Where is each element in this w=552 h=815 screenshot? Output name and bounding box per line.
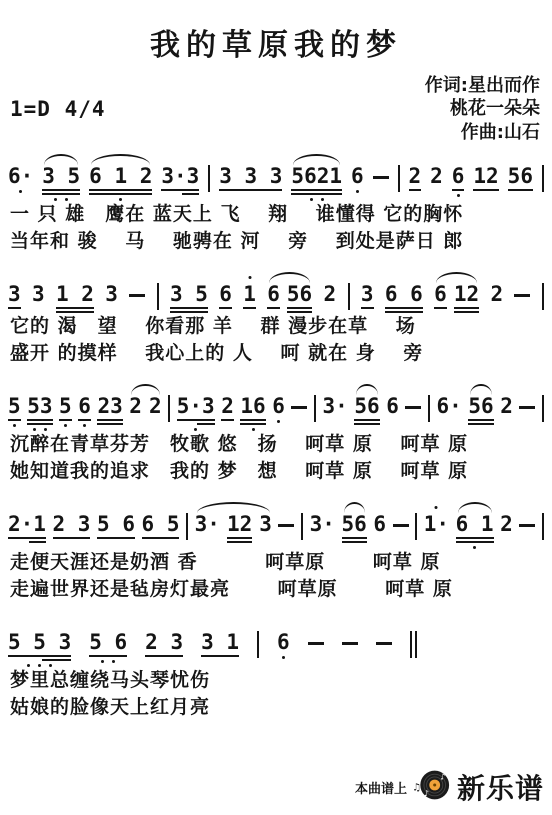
note-cell: 6 xyxy=(351,165,364,193)
note-digits: 6 xyxy=(272,395,285,417)
note-group: 3 5 xyxy=(42,165,80,201)
note-digits: 6· xyxy=(437,395,462,417)
octave-dot-low xyxy=(33,428,36,431)
note-cell: 5 6 xyxy=(97,513,135,539)
note-cell: 6 xyxy=(386,395,399,417)
underline xyxy=(361,307,374,309)
note-digits: 3 xyxy=(8,283,21,305)
underline xyxy=(177,419,215,421)
note-group: 6 xyxy=(351,165,364,193)
note-group: 5621 xyxy=(291,165,342,201)
note-digits: 6 1 xyxy=(456,513,494,535)
octave-dots-low xyxy=(101,660,115,663)
duration-dash xyxy=(342,642,358,645)
octave-dot-low xyxy=(277,420,280,423)
duration-dash xyxy=(514,294,530,297)
octave-dots-low xyxy=(277,420,280,423)
note-cell: 6 1 xyxy=(456,513,494,549)
note-group: 2 xyxy=(409,165,422,191)
underline xyxy=(473,189,498,191)
note-group: 16 xyxy=(240,395,265,431)
note-digits: 5 5 3 xyxy=(8,631,71,653)
octave-dots-low xyxy=(194,428,197,431)
note-digits: 6 xyxy=(373,513,386,535)
note-cell: 2 xyxy=(149,395,162,417)
barline xyxy=(542,165,544,192)
note-cell: 3 1 xyxy=(201,631,239,657)
credit-composer: 作曲:山石 xyxy=(425,121,540,144)
note-group: 1 xyxy=(243,283,256,309)
note-cell: 2 xyxy=(409,165,422,191)
octave-dot-low xyxy=(65,198,68,201)
barline xyxy=(186,513,188,540)
note-cell: 5 xyxy=(8,395,21,427)
barline xyxy=(415,513,417,540)
note-cell: 6 xyxy=(373,513,386,535)
note-cell: 56 xyxy=(342,513,367,543)
note-digits: 5 xyxy=(8,395,21,417)
note-cell: 2 3 xyxy=(145,631,183,657)
octave-dot-low xyxy=(83,424,86,427)
notes-row: 6·3 56 1 23·33 3 3562162261256 xyxy=(8,152,544,201)
note-group: 6 xyxy=(277,631,290,659)
note-cell: 56 xyxy=(354,395,379,425)
svg-text:♪: ♪ xyxy=(440,772,445,782)
note-group: 3 xyxy=(105,283,118,305)
note-digits: 56 xyxy=(342,513,367,535)
barline xyxy=(542,283,544,310)
underline xyxy=(56,311,94,313)
underline xyxy=(89,655,127,657)
underline xyxy=(468,423,493,425)
octave-dot-low xyxy=(457,194,460,197)
note-group xyxy=(542,513,544,540)
note-cell: 6 xyxy=(452,165,465,197)
note-cell: 2 xyxy=(500,513,513,535)
note-group: 2 3 xyxy=(53,513,91,539)
note-group xyxy=(308,631,324,645)
notes-row: 5 5 35 62 33 16 xyxy=(8,618,544,667)
note-digits: 2 xyxy=(430,165,443,187)
duration-dash xyxy=(519,524,535,527)
note-group: 2 xyxy=(500,395,513,417)
underline xyxy=(42,189,80,191)
note-digits: 3 xyxy=(105,283,118,305)
note-group xyxy=(514,283,530,297)
note-group: 3 5 xyxy=(170,283,208,313)
credit-lyricist: 作词:星出而作 xyxy=(425,74,540,97)
note-group: 6· xyxy=(437,395,462,417)
note-group: 2 xyxy=(430,165,443,187)
underline xyxy=(145,655,183,657)
note-group: 3 3 3 xyxy=(219,165,282,191)
note-group: 3·123 xyxy=(195,513,272,543)
note-group: 2·1 xyxy=(8,513,46,543)
note-cell: 6 xyxy=(434,283,447,309)
note-digits: 5 xyxy=(59,395,72,417)
note-digits: 6 xyxy=(351,165,364,187)
note-group: 3 xyxy=(361,283,374,309)
duration-dash xyxy=(393,524,409,527)
music-system: 331 233 561656236 66122它的 渴 望 你看那 羊 群 漫步… xyxy=(8,270,544,367)
note-digits: 56 xyxy=(468,395,493,417)
octave-dot-low xyxy=(119,198,122,201)
note-digits: 6 1 2 xyxy=(89,165,152,187)
note-group xyxy=(186,513,188,540)
note-group: 5·3 xyxy=(177,395,215,431)
note-digits: 1 2 xyxy=(56,283,94,305)
notes-row: 331 233 561656236 66122 xyxy=(8,270,544,313)
note-digits: 56 xyxy=(508,165,533,187)
barline xyxy=(398,165,400,192)
note-group xyxy=(542,283,544,310)
note-digits: 3 1 xyxy=(201,631,239,653)
note-group xyxy=(393,513,409,527)
note-digits: 3· xyxy=(310,513,335,535)
underline xyxy=(354,419,379,421)
lyrics-line: 一 只 雄 鹰在 蓝天上 飞 翔 谁懂得 它的胸怀 xyxy=(10,201,544,228)
note-group xyxy=(415,513,417,540)
octave-dots-low xyxy=(457,194,460,197)
note-cell: 3 xyxy=(8,283,21,309)
barline xyxy=(542,513,544,540)
note-cell: 3 5 xyxy=(170,283,208,313)
underline xyxy=(456,537,494,539)
underline xyxy=(456,541,494,543)
underline xyxy=(454,311,479,313)
svg-text:♪: ♪ xyxy=(424,788,429,798)
note-cell: 5 xyxy=(59,395,72,427)
note-cell: 5621 xyxy=(291,165,342,201)
barline xyxy=(157,283,159,310)
note-group: 3· xyxy=(310,513,335,535)
underline xyxy=(452,189,465,191)
underline xyxy=(170,307,208,309)
underline xyxy=(219,189,282,191)
octave-dots-low xyxy=(13,424,16,427)
note-group: 5 5 3 xyxy=(8,631,71,667)
octave-dot-low xyxy=(252,428,255,431)
note-cell: 6 1 2 xyxy=(89,165,152,201)
octave-dot-high xyxy=(435,506,438,509)
note-digits: 1· xyxy=(424,513,449,535)
note-cell: 3 xyxy=(105,283,118,305)
note-digits: 6 6 xyxy=(385,283,423,305)
note-cell: 3 xyxy=(32,283,45,305)
note-group: 2 3 xyxy=(145,631,183,657)
note-group xyxy=(314,395,316,422)
underline xyxy=(182,193,199,195)
note-group xyxy=(168,395,170,422)
note-digits: 3· xyxy=(195,513,220,535)
note-group: 6 xyxy=(373,513,386,535)
octave-dot-high xyxy=(248,276,251,279)
underline xyxy=(8,307,21,309)
underline xyxy=(29,541,46,543)
duration-dash xyxy=(519,406,535,409)
octave-dot-low xyxy=(27,664,30,667)
underline xyxy=(508,189,533,191)
lyrics-line: 当年和 骏 马 驰骋在 河 旁 到处是萨日 郎 xyxy=(10,228,544,255)
underline xyxy=(454,307,479,309)
barline xyxy=(257,631,259,658)
note-digits: 16 xyxy=(240,395,265,417)
octave-dot-low xyxy=(38,664,41,667)
page-title: 我的草原我的梦 xyxy=(0,0,552,64)
note-digits: 6 xyxy=(78,395,91,417)
underline xyxy=(56,307,94,309)
note-digits: 3 xyxy=(361,283,374,305)
note-cell: 6· xyxy=(437,395,462,417)
note-digits: 53 xyxy=(27,395,52,417)
note-digits: 3 3 3 xyxy=(219,165,282,187)
note-group: 5 xyxy=(8,395,21,427)
note-group: 6 5 xyxy=(142,513,180,539)
lyrics-line: 沉醉在青草芬芳 牧歌 悠 扬 呵草 原 呵草 原 xyxy=(10,431,544,458)
note-group: 53 xyxy=(27,395,52,431)
note-cell: 12 xyxy=(473,165,498,191)
octave-dot-low xyxy=(282,656,285,659)
note-cell: 3 5 xyxy=(42,165,80,201)
footer: 本曲谱上 ♫ ♪ ♪ 新乐谱 xyxy=(355,767,544,807)
note-cell: 2·1 xyxy=(8,513,46,543)
note-cell: 3· xyxy=(195,513,220,535)
note-digits: 2 xyxy=(500,395,513,417)
note-cell: 12 xyxy=(454,283,479,313)
note-group xyxy=(398,165,400,192)
lyrics-line: 它的 渴 望 你看那 羊 群 漫步在草 场 xyxy=(10,313,544,340)
octave-dot-low xyxy=(101,660,104,663)
note-digits: 2 xyxy=(500,513,513,535)
note-digits: 6 xyxy=(434,283,447,305)
note-group: 6 1 xyxy=(456,513,494,549)
note-group: 56 xyxy=(508,165,533,191)
music-system: 5535623225·321663·5666·562沉醉在青草芬芳 牧歌 悠 扬… xyxy=(8,382,544,485)
note-cell: 5 6 xyxy=(89,631,127,663)
note-group xyxy=(542,395,544,422)
note-cell: 3 xyxy=(361,283,374,309)
underline xyxy=(8,419,21,421)
underline xyxy=(240,423,265,425)
note-digits: 56 xyxy=(354,395,379,417)
octave-dots-low xyxy=(252,428,255,431)
note-cell: 16 xyxy=(240,395,265,431)
underline xyxy=(59,419,72,421)
underline xyxy=(409,189,422,191)
octave-dot-low xyxy=(356,190,359,193)
note-group: 2 xyxy=(221,395,234,421)
note-group: 5 6 xyxy=(97,513,135,539)
underline xyxy=(97,423,122,425)
note-digits: 2 xyxy=(149,395,162,417)
note-cell: 3·3 xyxy=(161,165,199,195)
barline xyxy=(208,165,210,192)
note-cell: 6 6 xyxy=(385,283,423,313)
note-group: 5 6 xyxy=(89,631,127,663)
octave-dot-low xyxy=(54,198,57,201)
octave-dot-low xyxy=(64,424,67,427)
octave-dot-low xyxy=(112,660,115,663)
underline xyxy=(434,307,447,309)
note-group: 56 xyxy=(468,395,493,425)
brand-name: 新乐谱 xyxy=(457,767,544,807)
note-digits: 6 xyxy=(277,631,290,653)
note-digits: 5 6 xyxy=(97,513,135,535)
music-system: 2·12 35 66 53·1233·5661·6 12走便天涯还是奶酒 香 呵… xyxy=(8,500,544,603)
note-group xyxy=(257,631,259,658)
octave-dots-low xyxy=(33,428,47,431)
underline xyxy=(89,193,152,195)
note-cell: 6 xyxy=(277,631,290,659)
note-cell: 3 xyxy=(259,513,272,535)
notes-row: 5535623225·321663·5666·562 xyxy=(8,382,544,431)
octave-dot-low xyxy=(473,546,476,549)
note-digits: 12 xyxy=(473,165,498,187)
note-group: 612 xyxy=(434,283,479,313)
note-digits: 5621 xyxy=(291,165,342,187)
underline xyxy=(42,659,71,661)
note-cell: 2 3 xyxy=(53,513,91,539)
note-group: 6 xyxy=(78,395,91,427)
end-barline xyxy=(410,631,417,658)
duration-dash xyxy=(291,406,307,409)
underline xyxy=(342,541,367,543)
note-group xyxy=(291,395,307,409)
underline xyxy=(97,537,135,539)
note-group xyxy=(157,283,159,310)
octave-dot-low xyxy=(194,428,197,431)
note-group xyxy=(129,283,145,297)
lyrics-line: 梦里总缠绕马头琴忧伤 xyxy=(10,667,544,694)
note-cell: 53 xyxy=(27,395,52,431)
underline xyxy=(291,189,342,191)
note-cell: 6 xyxy=(78,395,91,427)
note-group: 23 xyxy=(97,395,122,425)
note-cell: 5·3 xyxy=(177,395,215,431)
barline xyxy=(168,395,170,422)
sheet-music-page: { "title": "我的草原我的梦", "key_signature": "… xyxy=(0,0,552,815)
note-group: 3· xyxy=(323,395,348,417)
note-group xyxy=(376,631,392,645)
note-group xyxy=(519,395,535,409)
octave-dots-low xyxy=(473,546,476,549)
note-group: 2 xyxy=(490,283,503,305)
underline xyxy=(89,189,152,191)
underline xyxy=(97,419,122,421)
note-group xyxy=(208,165,210,192)
note-digits: 3 5 xyxy=(42,165,80,187)
underline xyxy=(468,419,493,421)
note-cell: 56 xyxy=(468,395,493,425)
score: 6·3 56 1 23·33 3 3562162261256一 只 雄 鹰在 蓝… xyxy=(0,144,552,721)
note-digits: 1 xyxy=(243,283,256,305)
note-digits: 3 xyxy=(32,283,45,305)
note-digits: 2 xyxy=(409,165,422,187)
underline xyxy=(342,537,367,539)
note-group: 3 xyxy=(32,283,45,305)
credit-lyricist-2: 桃花一朵朵 xyxy=(425,97,540,120)
lyrics-line: 走遍世界还是毡房灯最亮 呵草原 呵草 原 xyxy=(10,576,544,603)
note-group: 5 xyxy=(59,395,72,427)
note-cell: 3· xyxy=(310,513,335,535)
underline xyxy=(42,193,80,195)
note-group: 6 xyxy=(452,165,465,197)
underline xyxy=(142,537,180,539)
note-digits: 6 xyxy=(219,283,232,305)
note-cell: 2 xyxy=(221,395,234,421)
note-group: 3 xyxy=(8,283,21,309)
note-cell: 1 xyxy=(243,283,256,309)
note-digits: 56 xyxy=(287,283,312,305)
note-group: 56 xyxy=(354,395,379,425)
note-cell: 6 xyxy=(219,283,232,309)
underline xyxy=(8,537,46,539)
lyrics-line: 走便天涯还是奶酒 香 呵草原 呵草 原 xyxy=(10,549,544,576)
octave-dots-low xyxy=(19,190,22,193)
note-cell: 2 xyxy=(324,283,337,305)
note-cell: 1· xyxy=(424,513,449,535)
octave-dots-low xyxy=(310,198,324,201)
key-signature: 1=D 4/4 xyxy=(10,97,106,121)
note-digits: 2 xyxy=(129,395,142,417)
underline xyxy=(291,193,342,195)
notes-row: 2·12 35 66 53·1233·5661·6 12 xyxy=(8,500,544,549)
note-digits: 2 xyxy=(324,283,337,305)
duration-dash xyxy=(376,642,392,645)
footer-note: 本曲谱上 xyxy=(355,778,407,797)
note-digits: 6 xyxy=(386,395,399,417)
note-group: 2 xyxy=(500,513,513,535)
note-digits: 3·3 xyxy=(161,165,199,187)
octave-dots-low xyxy=(83,424,86,427)
note-digits: 2 xyxy=(221,395,234,417)
note-digits: 12 xyxy=(454,283,479,305)
octave-dot-low xyxy=(44,428,47,431)
barline xyxy=(348,283,350,310)
note-group xyxy=(542,165,544,192)
note-group: 6 xyxy=(219,283,232,309)
octave-dots-low xyxy=(282,656,285,659)
note-digits: 6· xyxy=(8,165,33,187)
underline xyxy=(27,419,52,421)
barline xyxy=(542,395,544,422)
duration-dash xyxy=(129,294,145,297)
lyrics-line: 盛开 的摸样 我心上的 人 呵 就在 身 旁 xyxy=(10,340,544,367)
underline xyxy=(267,307,280,309)
note-group: 656 xyxy=(267,283,312,313)
underline xyxy=(287,307,312,309)
underline xyxy=(385,307,423,309)
octave-dots-low xyxy=(27,664,52,667)
note-group: 56 xyxy=(342,513,367,543)
note-cell: 3· xyxy=(323,395,348,417)
barline xyxy=(314,395,316,422)
note-group xyxy=(373,165,389,179)
note-digits: 2 3 xyxy=(53,513,91,535)
note-digits: 5·3 xyxy=(177,395,215,417)
svg-text:♫: ♫ xyxy=(412,782,421,793)
note-cell: 56 xyxy=(287,283,312,313)
note-digits: 23 xyxy=(97,395,122,417)
octave-dot-low xyxy=(49,664,52,667)
underline xyxy=(170,311,208,313)
note-group xyxy=(348,283,350,310)
note-cell: 2 xyxy=(500,395,513,417)
duration-dash xyxy=(405,406,421,409)
octave-dot-low xyxy=(19,190,22,193)
note-digits: 2·1 xyxy=(8,513,46,535)
note-group: 12 xyxy=(473,165,498,191)
